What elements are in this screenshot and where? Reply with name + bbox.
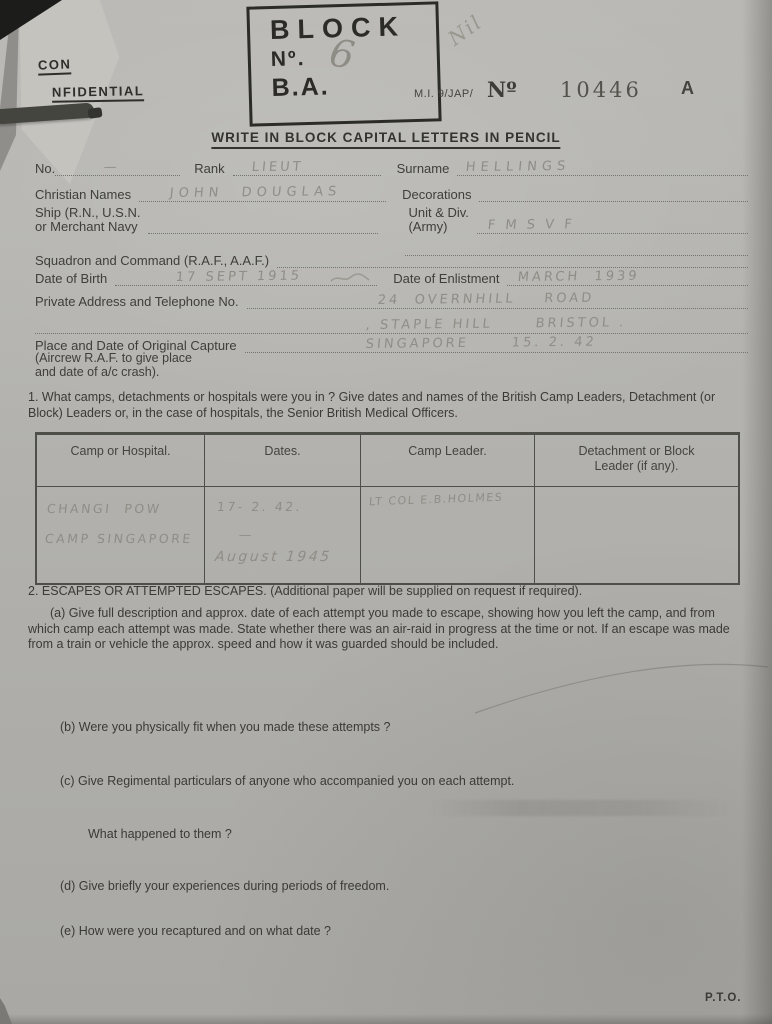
serial-number: 10446 xyxy=(560,78,642,102)
camp-entry-line1: CHANGI POW xyxy=(46,501,162,516)
col-header-detachment: Detachment or Block Leader (if any). xyxy=(535,435,738,486)
bottom-left-corner-mark xyxy=(0,998,12,1024)
form-reference-code: M.I. 9/JAP/ xyxy=(414,88,473,100)
row-address: Private Address and Telephone No. 24 OVE… xyxy=(35,293,748,309)
squadron-field xyxy=(277,252,748,268)
ship-label: Ship (R.N., U.S.N. or Merchant Navy xyxy=(35,206,140,234)
date-of-enlistment-label: Date of Enlistment xyxy=(393,271,499,286)
unit-label: Unit & Div. (Army) xyxy=(408,206,468,234)
christian-names-field: JOHN DOUGLAS xyxy=(139,186,386,202)
date-of-birth-value: 17 SEPT 1915 xyxy=(175,269,303,285)
no-label: No. xyxy=(35,161,55,176)
date-of-enlistment-value: MARCH 1939 xyxy=(517,269,640,285)
detachment-cell xyxy=(535,487,738,583)
leader-entry: LT COL E.B.HOLMES xyxy=(369,491,504,509)
decorations-label: Decorations xyxy=(402,187,471,202)
dates-entry-line1: 17- 2. 42. xyxy=(216,499,303,514)
col-header-leader: Camp Leader. xyxy=(361,435,535,486)
ink-bleed-smudge xyxy=(430,800,730,816)
question-2c: (c) Give Regimental particulars of anyon… xyxy=(60,774,710,790)
dates-entry-dash: — xyxy=(238,527,255,542)
dates-entry-line2: August 1945 xyxy=(214,549,332,565)
surname-label: Surname xyxy=(397,161,450,176)
confidential-stamp-bottom: NFIDENTIAL xyxy=(52,83,145,103)
rank-label: Rank xyxy=(194,161,224,176)
unit-value: F M S V F xyxy=(487,217,575,233)
address-label: Private Address and Telephone No. xyxy=(35,294,239,309)
camps-table: Camp or Hospital. Dates. Camp Leader. De… xyxy=(35,432,740,585)
decorations-field xyxy=(479,186,748,202)
capture-field: SINGAPORE 15. 2. 42 xyxy=(245,337,748,353)
camps-table-body-row: CHANGI POW CAMP SINGAPORE 17- 2. 42. — A… xyxy=(37,487,738,583)
camp-entry-line2: CAMP SINGAPORE xyxy=(44,531,193,546)
surname-field: HELLINGS xyxy=(457,160,748,176)
address-value-line1: 24 OVERNHILL ROAD xyxy=(377,291,595,308)
row-no-rank-surname: No. — Rank LIEUT Surname HELLINGS xyxy=(35,160,748,176)
scanned-form-page: CON NFIDENTIAL BLOCK Nº. B.A. 6 Nil M.I.… xyxy=(0,0,772,1024)
unit-field: F M S V F xyxy=(477,218,748,234)
serial-no-label: Nº xyxy=(487,77,517,102)
camps-table-header-row: Camp or Hospital. Dates. Camp Leader. De… xyxy=(37,435,738,487)
date-of-birth-label: Date of Birth xyxy=(35,271,107,286)
confidential-stamp-top: CON xyxy=(38,56,72,75)
binding-tag-tip xyxy=(87,107,102,119)
no-value: — xyxy=(103,160,120,175)
date-of-birth-field: 17 SEPT 1915 xyxy=(115,270,377,286)
address-continuation-field: , STAPLE HILL BRISTOL . xyxy=(35,318,748,334)
row-names-decorations: Christian Names JOHN DOUGLAS Decorations xyxy=(35,186,748,202)
capture-value: SINGAPORE 15. 2. 42 xyxy=(365,335,597,352)
question-2c-followup: What happened to them ? xyxy=(88,827,688,843)
camp-cell: CHANGI POW CAMP SINGAPORE xyxy=(37,487,205,583)
question-2a: (a) Give full description and approx. da… xyxy=(28,606,744,653)
ship-field xyxy=(148,218,378,234)
serial-suffix: A xyxy=(681,78,694,99)
date-of-enlistment-field: MARCH 1939 xyxy=(507,270,748,286)
leader-cell: LT COL E.B.HOLMES xyxy=(361,487,535,583)
question-1-text: 1. What camps, detachments or hospitals … xyxy=(28,390,742,421)
pencil-scribble xyxy=(329,272,371,285)
row-address-continuation: , STAPLE HILL BRISTOL . xyxy=(35,318,748,334)
rank-field: LIEUT xyxy=(233,160,381,176)
capture-note: (Aircrew R.A.F. to give place and date o… xyxy=(35,352,192,379)
address-field: 24 OVERNHILL ROAD xyxy=(247,293,748,309)
address-value-line2: , STAPLE HILL BRISTOL . xyxy=(365,315,627,333)
page-bottom-shadow xyxy=(0,1014,772,1024)
squadron-label: Squadron and Command (R.A.F., A.A.F.) xyxy=(35,253,269,268)
page-edge-shadow xyxy=(742,0,772,1024)
christian-names-label: Christian Names xyxy=(35,187,131,202)
col-header-camp: Camp or Hospital. xyxy=(37,435,205,486)
question-2e: (e) How were you recaptured and on what … xyxy=(60,924,710,940)
no-field: — xyxy=(55,160,180,176)
row-ship-unit: Ship (R.N., U.S.N. or Merchant Navy Unit… xyxy=(35,206,748,234)
question-2d: (d) Give briefly your experiences during… xyxy=(60,879,710,895)
pto-marker: P.T.O. xyxy=(705,992,741,1004)
col-header-dates: Dates. xyxy=(205,435,361,486)
form-title: WRITE IN BLOCK CAPITAL LETTERS IN PENCIL xyxy=(211,130,560,149)
question-2b: (b) Were you physically fit when you mad… xyxy=(60,720,710,736)
handwritten-nil-note: Nil xyxy=(443,10,486,51)
rank-value: LIEUT xyxy=(251,159,304,175)
row-squadron: Squadron and Command (R.A.F., A.A.F.) xyxy=(35,252,748,268)
surname-value: HELLINGS xyxy=(465,159,571,175)
question-2-heading: 2. ESCAPES OR ATTEMPTED ESCAPES. (Additi… xyxy=(28,584,742,600)
row-birth-enlistment: Date of Birth 17 SEPT 1915 Date of Enlis… xyxy=(35,270,748,286)
dates-cell: 17- 2. 42. — August 1945 xyxy=(205,487,361,583)
christian-names-value: JOHN DOUGLAS xyxy=(169,184,342,201)
